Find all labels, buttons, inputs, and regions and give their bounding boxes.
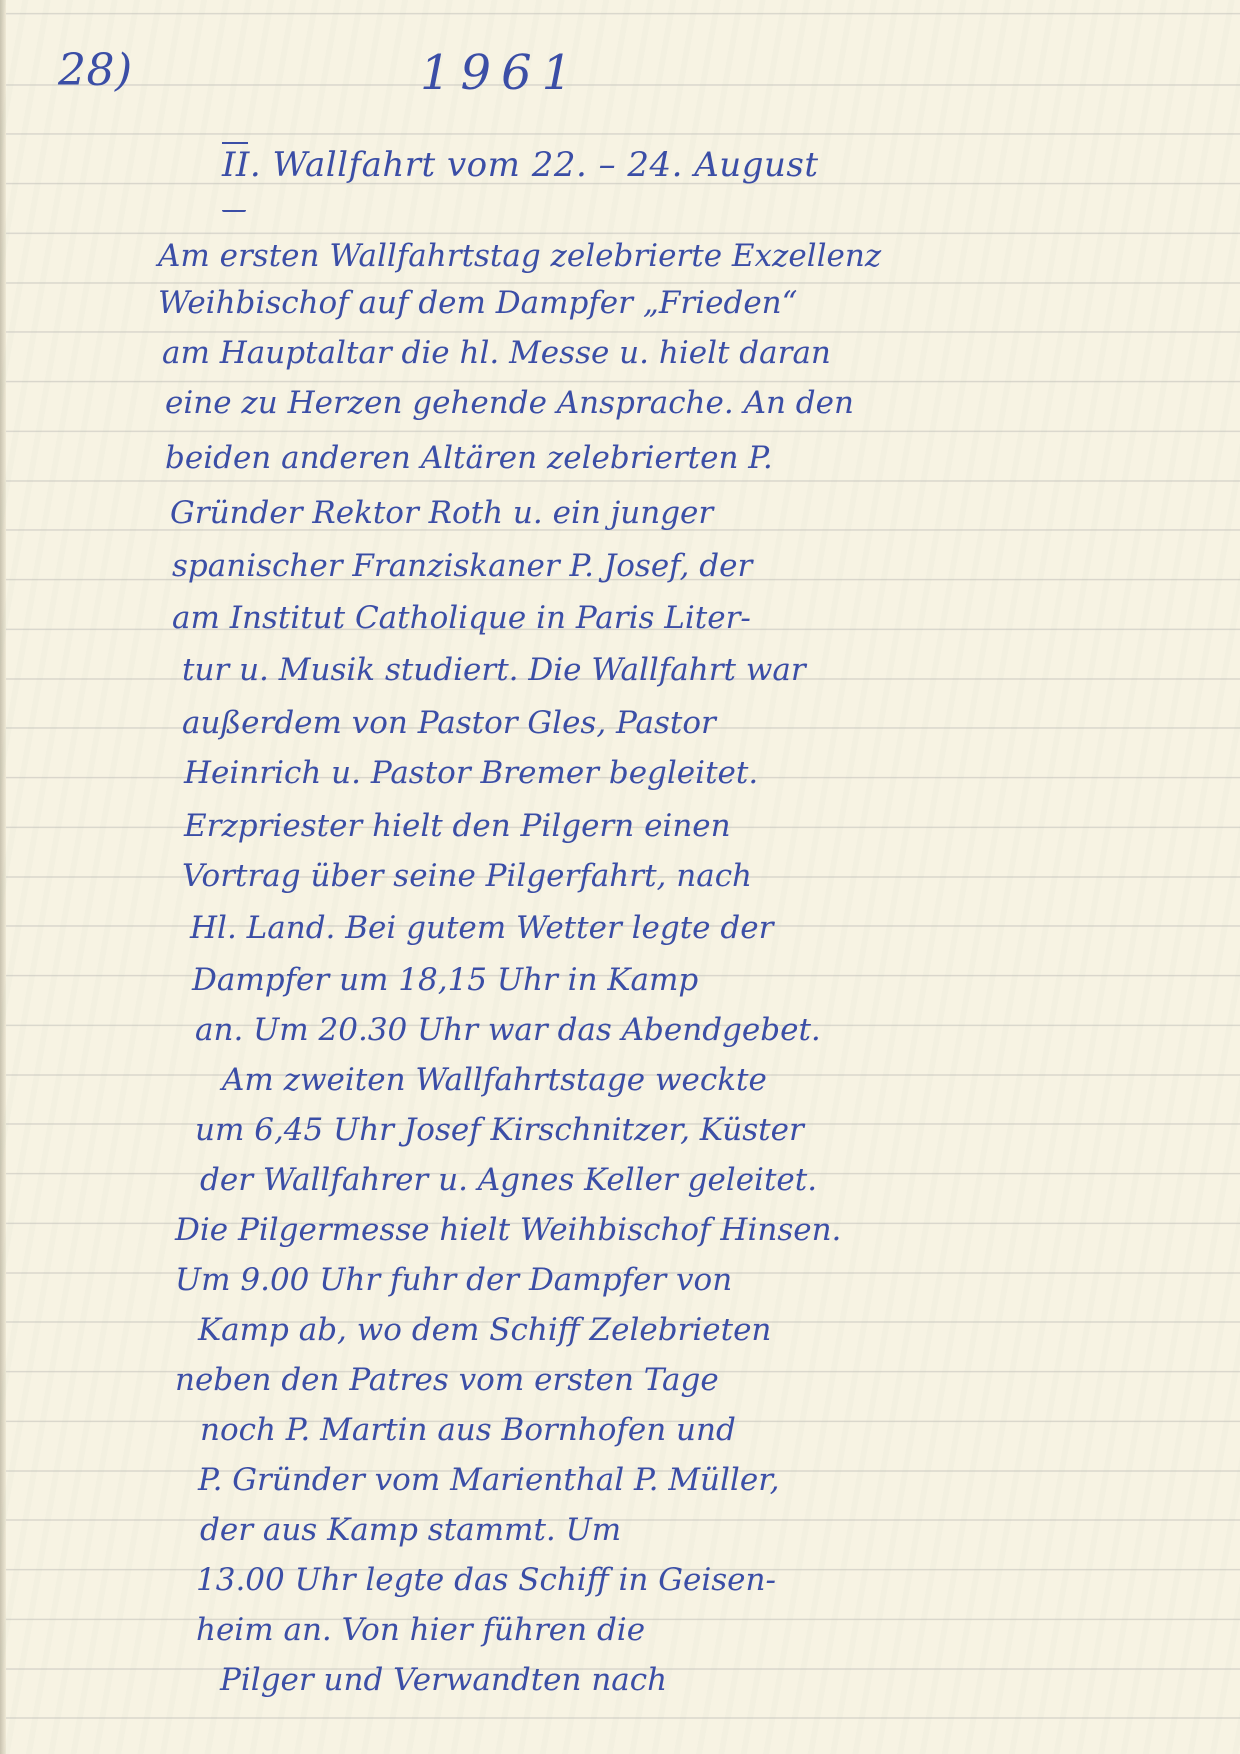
body-line: spanischer Franziskaner P. Josef, der [172, 548, 752, 584]
body-line: beiden anderen Altären zelebrierten P. [165, 440, 773, 476]
page-edge [0, 0, 6, 1754]
body-line: an. Um 20.30 Uhr war das Abendgebet. [195, 1012, 821, 1048]
body-line: Hl. Land. Bei gutem Wetter legte der [190, 910, 773, 946]
body-line: der aus Kamp stammt. Um [200, 1512, 621, 1548]
body-line: 13.00 Uhr legte das Schiff in Geisen- [196, 1562, 776, 1598]
body-line: um 6,45 Uhr Josef Kirschnitzer, Küster [195, 1112, 804, 1148]
body-line: Gründer Rektor Roth u. ein junger [170, 495, 713, 531]
body-line: Heinrich u. Pastor Bremer begleitet. [184, 755, 758, 791]
body-line: Um 9.00 Uhr fuhr der Dampfer von [175, 1262, 732, 1298]
page-number: 28) [58, 45, 133, 96]
body-line: Pilger und Verwandten nach [220, 1662, 667, 1698]
body-line: Die Pilgermesse hielt Weihbischof Hinsen… [175, 1212, 841, 1248]
heading-underline [222, 210, 246, 212]
year-heading: 1961 [420, 45, 582, 101]
body-line: der Wallfahrer u. Agnes Keller geleitet. [200, 1162, 817, 1198]
body-line: tur u. Musik studiert. Die Wallfahrt war [182, 652, 806, 688]
body-line: noch P. Martin aus Bornhofen und [200, 1412, 736, 1448]
body-line: P. Gründer vom Marienthal P. Müller, [198, 1462, 779, 1498]
body-line: Vortrag über seine Pilgerfahrt, nach [182, 858, 752, 894]
body-line: Erzpriester hielt den Pilgern einen [184, 808, 731, 844]
body-line: am Hauptaltar die hl. Messe u. hielt dar… [162, 335, 831, 371]
section-heading: II. Wallfahrt vom 22. – 24. August [222, 145, 818, 185]
body-line: Am ersten Wallfahrtstag zelebrierte Exze… [158, 238, 881, 274]
body-line: Weihbischof auf dem Dampfer „Frieden“ [158, 285, 797, 321]
body-line: Kamp ab, wo dem Schiff Zelebrieten [198, 1312, 771, 1348]
body-line: neben den Patres vom ersten Tage [175, 1362, 719, 1398]
body-line: heim an. Von hier führen die [196, 1612, 645, 1648]
body-line: außerdem von Pastor Gles, Pastor [182, 705, 716, 741]
body-line: am Institut Catholique in Paris Liter- [172, 600, 751, 636]
notebook-page: 28) 1961 II. Wallfahrt vom 22. – 24. Aug… [0, 0, 1240, 1754]
body-line: Dampfer um 18,15 Uhr in Kamp [192, 962, 698, 998]
body-line: eine zu Herzen gehende Ansprache. An den [165, 385, 854, 421]
heading-overline [222, 142, 248, 144]
body-line: Am zweiten Wallfahrtstage weckte [222, 1062, 767, 1098]
